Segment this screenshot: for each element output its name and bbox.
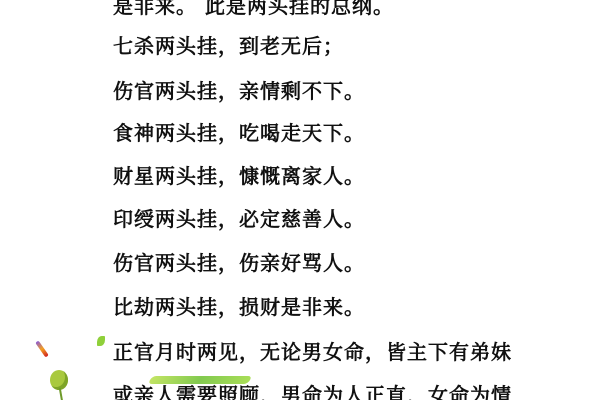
text-line-2: 七杀两头挂，到老无后；	[113, 34, 344, 58]
text-line-4: 食神两头挂，吃喝走天下。	[113, 121, 365, 145]
document-page: 是非来。 此是两头挂的总纲。 七杀两头挂，到老无后； 伤官两头挂，亲情剩不下。 …	[0, 0, 600, 400]
text-line-6: 印绶两头挂，必定慈善人。	[113, 207, 365, 231]
stem-icon	[59, 388, 63, 400]
text-line-10: 或亲人需要照顾，男命为人正直，女命为情	[113, 383, 512, 400]
text-line-1: 是非来。 此是两头挂的总纲。	[113, 0, 394, 18]
dandelion-bud-icon	[50, 370, 68, 390]
text-line-3: 伤官两头挂，亲情剩不下。	[113, 79, 365, 103]
leaf-icon	[97, 336, 105, 346]
brush-streak-icon	[35, 340, 49, 357]
text-line-9: 正官月时两见，无论男女命，皆主下有弟妹	[113, 340, 512, 364]
text-line-5: 财星两头挂，慷慨离家人。	[113, 164, 365, 188]
text-line-8: 比劫两头挂，损财是非来。	[113, 295, 365, 319]
text-line-7: 伤官两头挂，伤亲好骂人。	[113, 251, 365, 275]
green-brush-stroke-icon	[148, 376, 253, 384]
